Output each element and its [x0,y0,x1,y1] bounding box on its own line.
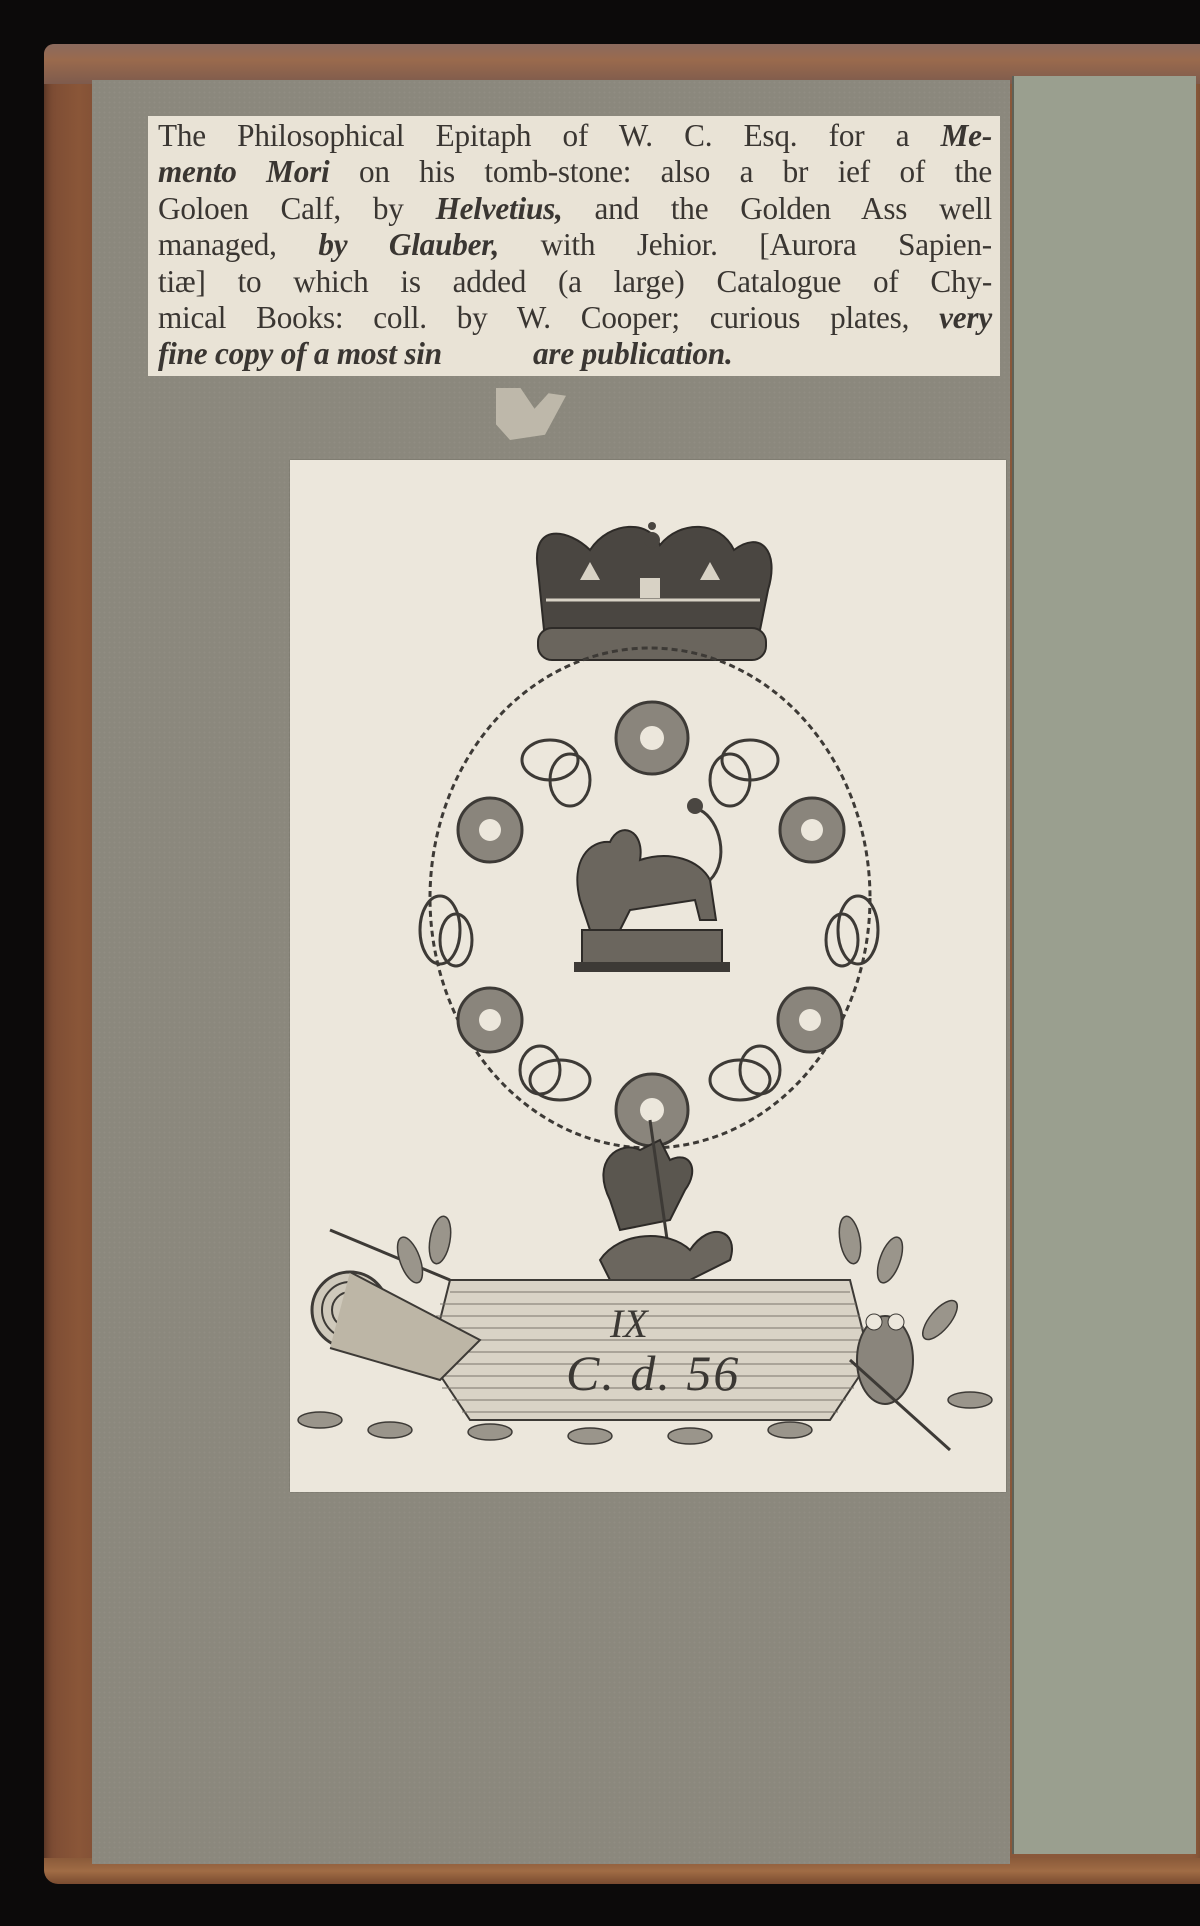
label-line-7: fine copy of a most sin are publication. [158,336,992,372]
flyleaf-strip [1012,76,1196,1854]
lion-crest-icon [574,798,730,972]
bookplate-engraving [290,460,1006,1492]
label-line-3: Goloen Calf, by Helvetius, and the Golde… [158,191,992,227]
label-line-2: mento Mori on his tomb-stone: also a br … [158,154,992,190]
label-line-6: mical Books: coll. by W. Cooper; curious… [158,300,992,336]
label-line-1: The Philosophical Epitaph of W. C. Esq. … [158,118,992,154]
shelfmark-line-1: IX [610,1300,648,1347]
shelfmark-line-2: C. d. 56 [566,1344,740,1402]
label-line-4: managed, by Glauber, with Jehior. [Auror… [158,227,992,263]
coronet-icon [537,522,772,660]
catalogue-clipping-label: The Philosophical Epitaph of W. C. Esq. … [148,116,1000,376]
label-line-5: tiæ] to which is added (a large) Catalog… [158,264,992,300]
